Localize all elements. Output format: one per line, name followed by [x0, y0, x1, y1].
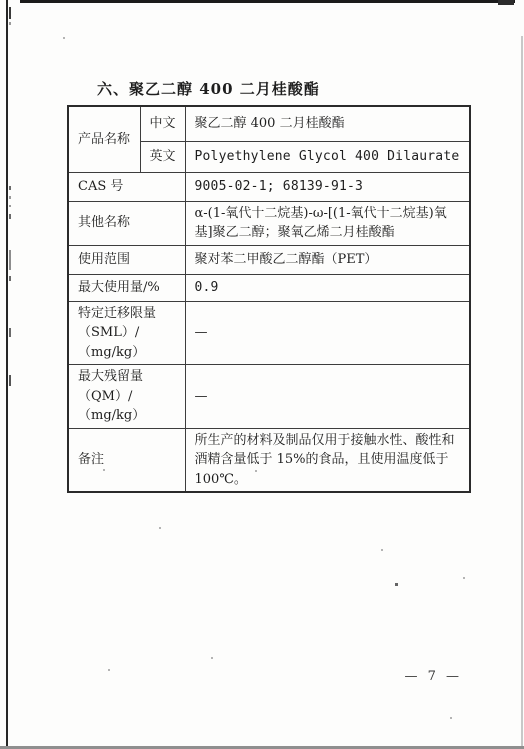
table-row-remark: 备注 所生产的材料及制品仅用于接触水性、酸性和酒精含量低于 15%的食品，且使用…: [68, 428, 470, 492]
table-row-cas: CAS 号 9005-02-1; 68139-91-3: [68, 172, 470, 201]
scan-speck: [63, 37, 65, 39]
doc-content: 六、聚乙二醇 400 二月桂酸酯 产品名称 中文 聚乙二醇 400 二月桂酸酯 …: [67, 78, 469, 493]
section-title: 六、聚乙二醇 400 二月桂酸酯: [67, 78, 469, 99]
substance-table: 产品名称 中文 聚乙二醇 400 二月桂酸酯 英文 Polyethylene G…: [67, 105, 471, 493]
table-row-sml: 特定迁移限量（SML）/（mg/kg） —: [68, 301, 470, 365]
scan-tick: [9, 22, 11, 25]
product-name-cn-label: 中文: [140, 106, 185, 141]
table-row-scope: 使用范围 聚对苯二甲酸乙二醇酯（PET）: [68, 245, 470, 274]
scan-speck: [211, 657, 213, 659]
scan-speck: [159, 527, 161, 529]
scanned-document-page: 六、聚乙二醇 400 二月桂酸酯 产品名称 中文 聚乙二醇 400 二月桂酸酯 …: [0, 0, 524, 749]
sml-label: 特定迁移限量（SML）/（mg/kg）: [68, 301, 185, 365]
scope-value: 聚对苯二甲酸乙二醇酯（PET）: [185, 245, 470, 274]
scan-tick: [9, 276, 11, 281]
cas-value: 9005-02-1; 68139-91-3: [185, 172, 470, 201]
page-number: — 7 —: [404, 669, 462, 684]
scan-speck: [108, 669, 110, 671]
scan-tick: [9, 250, 11, 270]
scan-tick: [9, 196, 11, 199]
scan-speck: [450, 717, 452, 719]
max-use-value: 0.9: [185, 274, 470, 301]
product-name-en-value: Polyethylene Glycol 400 Dilaurate: [185, 141, 470, 172]
other-names-label: 其他名称: [68, 201, 185, 245]
cas-label: CAS 号: [68, 172, 185, 201]
scan-speck: [395, 583, 398, 586]
other-names-value: α-(1-氧代十二烷基)-ω-[(1-氧代十二烷基)氧基]聚乙二醇；聚氧乙烯二月…: [185, 201, 470, 245]
scan-edge-top-tail: [498, 0, 514, 5]
scan-tick: [9, 214, 11, 219]
product-name-cn-value: 聚乙二醇 400 二月桂酸酯: [185, 106, 470, 141]
qm-value: —: [185, 365, 470, 429]
qm-label: 最大残留量（QM）/（mg/kg）: [68, 365, 185, 429]
remark-label: 备注: [68, 428, 185, 492]
scan-edge-left: [6, 0, 8, 749]
table-row-max-use: 最大使用量/% 0.9: [68, 274, 470, 301]
remark-value: 所生产的材料及制品仅用于接触水性、酸性和酒精含量低于 15%的食品，且使用温度低…: [185, 428, 470, 492]
scan-tick: [9, 186, 11, 190]
scan-tick: [9, 328, 11, 337]
scope-label: 使用范围: [68, 245, 185, 274]
scan-tick: [9, 7, 11, 19]
scan-tick: [9, 205, 11, 207]
product-name-en-label: 英文: [140, 141, 185, 172]
table-row-product-name-cn: 产品名称 中文 聚乙二醇 400 二月桂酸酯: [68, 106, 470, 141]
sml-value: —: [185, 301, 470, 365]
scan-tick: [9, 375, 11, 386]
max-use-label: 最大使用量/%: [68, 274, 185, 301]
product-name-label: 产品名称: [68, 106, 140, 172]
table-row-qm: 最大残留量（QM）/（mg/kg） —: [68, 365, 470, 429]
table-row-other-names: 其他名称 α-(1-氧代十二烷基)-ω-[(1-氧代十二烷基)氧基]聚乙二醇；聚…: [68, 201, 470, 245]
scan-speck: [381, 549, 383, 551]
scan-edge-right: [521, 36, 523, 746]
scan-speck: [463, 577, 465, 579]
scan-edge-top: [20, 0, 515, 3]
